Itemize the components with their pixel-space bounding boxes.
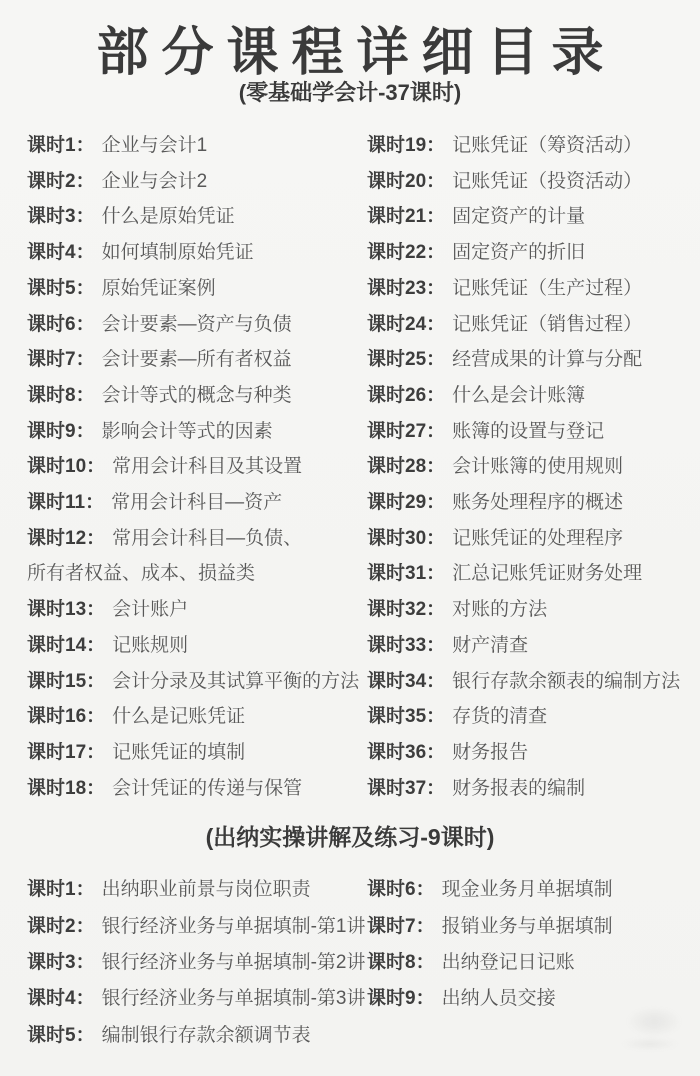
lesson-title: 财务报表的编制 bbox=[452, 778, 585, 799]
lesson-item: 课时5：编制银行存款余额调节表 bbox=[27, 1018, 367, 1054]
lesson-number: 课时14： bbox=[27, 635, 105, 656]
lesson-title: 记账凭证（筹资活动） bbox=[452, 135, 642, 156]
lesson-item: 课时9：影响会计等式的因素 bbox=[27, 414, 367, 450]
lesson-title: 对账的方法 bbox=[452, 599, 547, 620]
lesson-number: 课时9： bbox=[27, 421, 95, 442]
lesson-title: 现金业务月单据填制 bbox=[442, 879, 613, 900]
lesson-title: 影响会计等式的因素 bbox=[102, 421, 273, 442]
lesson-title: 银行存款余额表的编制方法 bbox=[452, 671, 680, 692]
lesson-number: 课时19： bbox=[367, 135, 445, 156]
lesson-title: 记账凭证（销售过程） bbox=[452, 314, 642, 335]
lesson-title: 账簿的设置与登记 bbox=[452, 421, 604, 442]
lesson-number: 课时2： bbox=[27, 916, 95, 937]
lesson-item: 课时13：会计账户 bbox=[27, 592, 367, 628]
lesson-item: 课时20：记账凭证（投资活动） bbox=[367, 164, 692, 200]
lesson-title: 固定资产的计量 bbox=[452, 206, 585, 227]
lesson-number: 课时11： bbox=[27, 492, 104, 513]
page-title: 部分课程详细目录 bbox=[0, 0, 700, 66]
lesson-item: 课时23：记账凭证（生产过程） bbox=[367, 271, 692, 307]
lesson-item: 课时35：存货的清查 bbox=[367, 699, 692, 735]
lesson-number: 课时36： bbox=[367, 742, 445, 763]
lesson-number: 课时6： bbox=[367, 879, 435, 900]
lesson-number: 课时32： bbox=[367, 599, 445, 620]
lesson-item: 课时5：原始凭证案例 bbox=[27, 271, 367, 307]
section-1-right-column: 课时19：记账凭证（筹资活动）课时20：记账凭证（投资活动）课时21：固定资产的… bbox=[367, 128, 692, 806]
lesson-title: 常用会计科目及其设置 bbox=[112, 456, 302, 477]
lesson-item: 课时6：现金业务月单据填制 bbox=[367, 872, 692, 908]
lesson-item: 课时4：如何填制原始凭证 bbox=[27, 235, 367, 271]
lesson-title: 报销业务与单据填制 bbox=[442, 916, 613, 937]
lesson-number: 课时24： bbox=[367, 314, 445, 335]
lesson-item: 课时19：记账凭证（筹资活动） bbox=[367, 128, 692, 164]
lesson-item: 课时3：什么是原始凭证 bbox=[27, 199, 367, 235]
lesson-item: 课时32：对账的方法 bbox=[367, 592, 692, 628]
lesson-number: 课时10： bbox=[27, 456, 105, 477]
lesson-number: 课时3： bbox=[27, 206, 95, 227]
lesson-title: 存货的清查 bbox=[452, 706, 547, 727]
lesson-item: 课时34：银行存款余额表的编制方法 bbox=[367, 664, 692, 700]
lesson-number: 课时4： bbox=[27, 242, 95, 263]
lesson-number: 课时16： bbox=[27, 706, 105, 727]
lesson-title: 记账凭证（生产过程） bbox=[452, 278, 642, 299]
lesson-number: 课时15： bbox=[27, 671, 105, 692]
lesson-item: 课时2：企业与会计2 bbox=[27, 164, 367, 200]
lesson-number: 课时1： bbox=[27, 135, 95, 156]
lesson-item: 课时25：经营成果的计算与分配 bbox=[367, 342, 692, 378]
lesson-title: 银行经济业务与单据填制-第3讲 bbox=[102, 988, 366, 1009]
lesson-number: 课时7： bbox=[367, 916, 435, 937]
lesson-number: 课时29： bbox=[367, 492, 445, 513]
lesson-number: 课时8： bbox=[27, 385, 95, 406]
lesson-title: 会计要素—所有者权益 bbox=[102, 349, 292, 370]
lesson-title: 什么是原始凭证 bbox=[102, 206, 235, 227]
lesson-number: 课时6： bbox=[27, 314, 95, 335]
lesson-item: 课时1：出纳职业前景与岗位职责 bbox=[27, 872, 367, 908]
lesson-item: 课时2：银行经济业务与单据填制-第1讲 bbox=[27, 909, 367, 945]
lesson-item: 课时8：会计等式的概念与种类 bbox=[27, 378, 367, 414]
lesson-item: 课时11：常用会计科目—资产 bbox=[27, 485, 367, 521]
lesson-item: 课时7：会计要素—所有者权益 bbox=[27, 342, 367, 378]
lesson-item: 课时16：什么是记账凭证 bbox=[27, 699, 367, 735]
lesson-number: 课时21： bbox=[367, 206, 445, 227]
lesson-item: 课时29：账务处理程序的概述 bbox=[367, 485, 692, 521]
lesson-item: 课时22：固定资产的折旧 bbox=[367, 235, 692, 271]
lesson-number: 课时26： bbox=[367, 385, 445, 406]
lesson-title: 常用会计科目—资产 bbox=[111, 492, 282, 513]
lesson-item: 课时7：报销业务与单据填制 bbox=[367, 909, 692, 945]
lesson-number: 课时17： bbox=[27, 742, 105, 763]
lesson-item: 课时1：企业与会计1 bbox=[27, 128, 367, 164]
lesson-item: 课时3：银行经济业务与单据填制-第2讲 bbox=[27, 945, 367, 981]
lesson-title: 银行经济业务与单据填制-第2讲 bbox=[102, 952, 366, 973]
lesson-title: 会计分录及其试算平衡的方法 bbox=[112, 671, 359, 692]
lesson-title: 账务处理程序的概述 bbox=[452, 492, 623, 513]
lesson-title: 记账规则 bbox=[112, 635, 188, 656]
lesson-title: 会计账簿的使用规则 bbox=[452, 456, 623, 477]
lesson-number: 课时35： bbox=[367, 706, 445, 727]
lesson-number: 课时34： bbox=[367, 671, 445, 692]
lesson-number: 课时28： bbox=[367, 456, 445, 477]
lesson-item: 课时31：汇总记账凭证财务处理 bbox=[367, 556, 692, 592]
section-2-right-column: 课时6：现金业务月单据填制课时7：报销业务与单据填制课时8：出纳登记日记账课时9… bbox=[367, 872, 692, 1053]
lesson-item: 课时17：记账凭证的填制 bbox=[27, 735, 367, 771]
lesson-number: 课时5： bbox=[27, 1025, 95, 1046]
lesson-item: 课时27：账簿的设置与登记 bbox=[367, 414, 692, 450]
lesson-number: 课时37： bbox=[367, 778, 445, 799]
lesson-number: 课时12： bbox=[27, 528, 105, 549]
section-1-left-column: 课时1：企业与会计1课时2：企业与会计2课时3：什么是原始凭证课时4：如何填制原… bbox=[27, 128, 367, 806]
lesson-number: 课时9： bbox=[367, 988, 435, 1009]
lesson-title: 财产清查 bbox=[452, 635, 528, 656]
lesson-title: 记账凭证的处理程序 bbox=[452, 528, 623, 549]
lesson-number: 课时25： bbox=[367, 349, 445, 370]
lesson-number: 课时1： bbox=[27, 879, 95, 900]
lesson-title: 会计账户 bbox=[112, 599, 188, 620]
lesson-number: 课时4： bbox=[27, 988, 95, 1009]
course-catalog-page: 部分课程详细目录 (零基础学会计-37课时) 课时1：企业与会计1课时2：企业与… bbox=[0, 0, 700, 1076]
lesson-title: 出纳人员交接 bbox=[442, 988, 556, 1009]
lesson-number: 课时33： bbox=[367, 635, 445, 656]
lesson-number: 课时13： bbox=[27, 599, 105, 620]
lesson-number: 课时27： bbox=[367, 421, 445, 442]
lesson-title: 会计凭证的传递与保管 bbox=[112, 778, 302, 799]
lesson-number: 课时22： bbox=[367, 242, 445, 263]
lesson-title: 出纳职业前景与岗位职责 bbox=[102, 879, 311, 900]
lesson-title: 经营成果的计算与分配 bbox=[452, 349, 642, 370]
lesson-title: 企业与会计2 bbox=[102, 171, 208, 192]
lesson-number: 课时30： bbox=[367, 528, 445, 549]
lesson-title: 银行经济业务与单据填制-第1讲 bbox=[102, 916, 366, 937]
lesson-item: 课时4：银行经济业务与单据填制-第3讲 bbox=[27, 981, 367, 1017]
lesson-item: 课时18：会计凭证的传递与保管 bbox=[27, 771, 367, 807]
lesson-title: 编制银行存款余额调节表 bbox=[102, 1025, 311, 1046]
lesson-number: 课时7： bbox=[27, 349, 95, 370]
lesson-title: 会计等式的概念与种类 bbox=[102, 385, 292, 406]
lesson-number: 课时23： bbox=[367, 278, 445, 299]
lesson-item: 课时9：出纳人员交接 bbox=[367, 981, 692, 1017]
section-2-heading: (出纳实操讲解及练习-9课时) bbox=[0, 822, 700, 852]
lesson-item: 课时28：会计账簿的使用规则 bbox=[367, 449, 692, 485]
lesson-title: 什么是会计账簿 bbox=[452, 385, 585, 406]
lesson-item: 课时12：常用会计科目—负债、 所有者权益、成本、损益类 bbox=[27, 521, 367, 592]
lesson-title: 如何填制原始凭证 bbox=[102, 242, 254, 263]
section-2-lesson-list: 课时1：出纳职业前景与岗位职责课时2：银行经济业务与单据填制-第1讲课时3：银行… bbox=[0, 872, 700, 1053]
lesson-number: 课时5： bbox=[27, 278, 95, 299]
lesson-item: 课时26：什么是会计账簿 bbox=[367, 378, 692, 414]
lesson-title: 会计要素—资产与负债 bbox=[102, 314, 292, 335]
section-1-lesson-list: 课时1：企业与会计1课时2：企业与会计2课时3：什么是原始凭证课时4：如何填制原… bbox=[0, 128, 700, 806]
lesson-title: 什么是记账凭证 bbox=[112, 706, 245, 727]
lesson-title: 原始凭证案例 bbox=[102, 278, 216, 299]
lesson-number: 课时31： bbox=[367, 563, 445, 584]
lesson-title: 固定资产的折旧 bbox=[452, 242, 585, 263]
lesson-item: 课时10：常用会计科目及其设置 bbox=[27, 449, 367, 485]
lesson-number: 课时3： bbox=[27, 952, 95, 973]
lesson-item: 课时14：记账规则 bbox=[27, 628, 367, 664]
lesson-title: 记账凭证（投资活动） bbox=[452, 171, 642, 192]
lesson-item: 课时15：会计分录及其试算平衡的方法 bbox=[27, 664, 367, 700]
lesson-item: 课时21：固定资产的计量 bbox=[367, 199, 692, 235]
lesson-item: 课时8：出纳登记日记账 bbox=[367, 945, 692, 981]
lesson-item: 课时30：记账凭证的处理程序 bbox=[367, 521, 692, 557]
lesson-number: 课时8： bbox=[367, 952, 435, 973]
lesson-item: 课时36：财务报告 bbox=[367, 735, 692, 771]
lesson-title: 财务报告 bbox=[452, 742, 528, 763]
lesson-item: 课时6：会计要素—资产与负债 bbox=[27, 307, 367, 343]
lesson-item: 课时33：财产清查 bbox=[367, 628, 692, 664]
lesson-title: 记账凭证的填制 bbox=[112, 742, 245, 763]
lesson-number: 课时2： bbox=[27, 171, 95, 192]
lesson-title: 企业与会计1 bbox=[102, 135, 208, 156]
lesson-title: 出纳登记日记账 bbox=[442, 952, 575, 973]
section-2-left-column: 课时1：出纳职业前景与岗位职责课时2：银行经济业务与单据填制-第1讲课时3：银行… bbox=[27, 872, 367, 1053]
lesson-item: 课时37：财务报表的编制 bbox=[367, 771, 692, 807]
lesson-item: 课时24：记账凭证（销售过程） bbox=[367, 307, 692, 343]
lesson-number: 课时18： bbox=[27, 778, 105, 799]
lesson-title: 汇总记账凭证财务处理 bbox=[452, 563, 642, 584]
lesson-number: 课时20： bbox=[367, 171, 445, 192]
